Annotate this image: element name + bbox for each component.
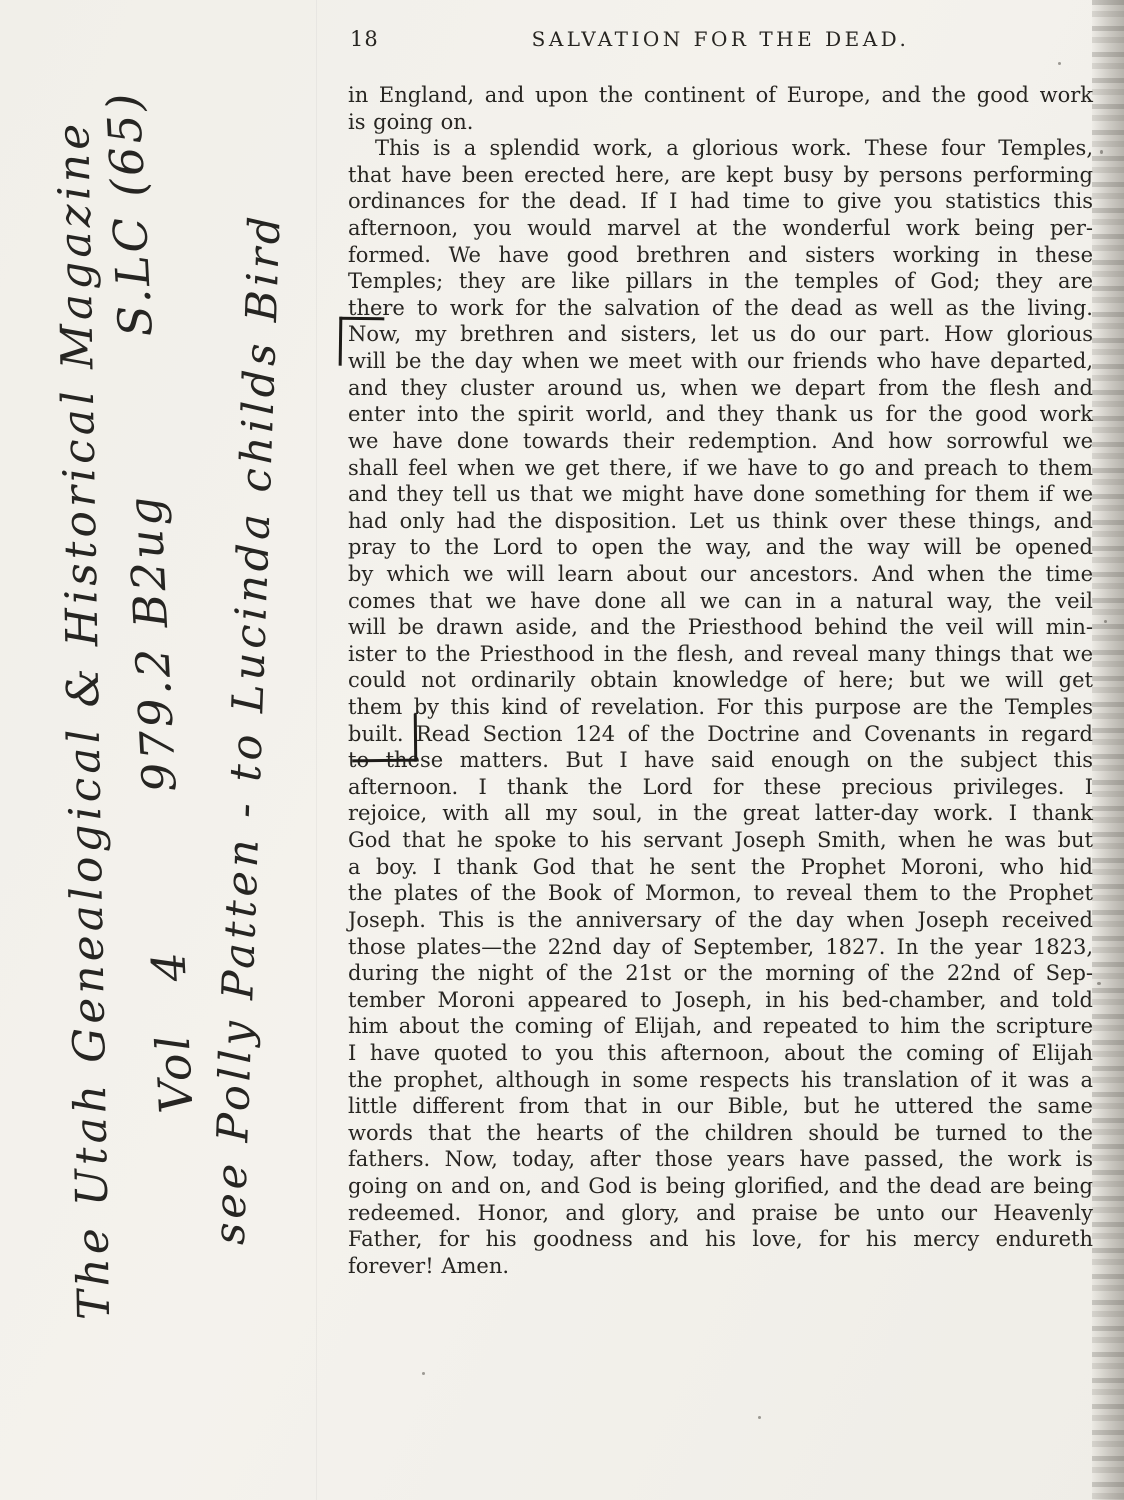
handwritten-open-bracket — [339, 317, 385, 367]
body-line: tember Moroni appeared to Joseph, in his… — [348, 987, 1093, 1014]
body-line: and they cluster around us, when we depa… — [348, 375, 1093, 402]
body-line: them by this kind of revelation. For thi… — [348, 694, 1093, 721]
body-line: in England, and upon the continent of Eu… — [348, 82, 1093, 109]
body-line: the prophet, although in some respects h… — [348, 1067, 1093, 1094]
body-line: little different from that in our Bible,… — [348, 1093, 1093, 1120]
page-crease — [316, 0, 317, 1500]
margin-note-location: S.LC (65) — [96, 89, 163, 338]
body-line: comes that we have done all we can in a … — [348, 588, 1093, 615]
dust-speck — [1104, 620, 1107, 623]
body-line: Father, for his goodness and his love, f… — [348, 1226, 1093, 1253]
running-header-title: SALVATION FOR THE DEAD. — [348, 27, 1093, 51]
body-line: fathers. Now, today, after those years h… — [348, 1146, 1093, 1173]
scan-edge-shadow — [1092, 0, 1124, 1500]
body-line: we have done towards their redemption. A… — [348, 428, 1093, 455]
body-line: enter into the spirit world, and they th… — [348, 401, 1093, 428]
body-line: Now, my brethren and sisters, let us do … — [348, 321, 1093, 348]
body-line: shall feel when we get there, if we have… — [348, 455, 1093, 482]
body-line: going on and on, and God is being glorif… — [348, 1173, 1093, 1200]
body-line: Joseph. This is the anniversary of the d… — [348, 907, 1093, 934]
body-line: rejoice, with all my soul, in the great … — [348, 800, 1093, 827]
scanned-page: 18 SALVATION FOR THE DEAD. in England, a… — [0, 0, 1124, 1500]
body-line: there to work for the salvation of the d… — [348, 295, 1093, 322]
body-line: that have been erected here, are kept bu… — [348, 162, 1093, 189]
dust-speck — [1100, 150, 1103, 154]
body-line: a boy. I thank God that he sent the Prop… — [348, 854, 1093, 881]
body-line: redeemed. Honor, and glory, and praise b… — [348, 1200, 1093, 1227]
body-line: words that the hearts of the children sh… — [348, 1120, 1093, 1147]
body-line: the plates of the Book of Mormon, to rev… — [348, 880, 1093, 907]
body-line: ordinances for the dead. If I had time t… — [348, 188, 1093, 215]
body-line: built. Read Section 124 of the Doctrine … — [348, 721, 1093, 748]
body-line: will be drawn aside, and the Priesthood … — [348, 614, 1093, 641]
body-line: Temples; they are like pillars in the te… — [348, 268, 1093, 295]
body-line: afternoon. I thank the Lord for these pr… — [348, 774, 1093, 801]
body-line: afternoon, you would marvel at the wonde… — [348, 215, 1093, 242]
handwritten-close-bracket — [352, 714, 417, 763]
body-line: pray to the Lord to open the way, and th… — [348, 534, 1093, 561]
body-text: in England, and upon the continent of Eu… — [348, 82, 1093, 1279]
dust-speck — [422, 1372, 425, 1375]
margin-note-call-number: 979.2 B2ug — [117, 493, 187, 794]
body-line: and they tell us that we might have done… — [348, 481, 1093, 508]
dust-speck — [1058, 62, 1061, 65]
body-line: will be the day when we meet with our fr… — [348, 348, 1093, 375]
body-line: God that he spoke to his servant Joseph … — [348, 827, 1093, 854]
dust-speck — [758, 1416, 761, 1419]
body-line: This is a splendid work, a glorious work… — [348, 135, 1093, 162]
margin-note-reference-text: see Polly Patten - to Lucinda childs Bir… — [205, 212, 291, 1246]
body-line: formed. We have good brethren and sister… — [348, 242, 1093, 269]
body-line: during the night of the 21st or the morn… — [348, 960, 1093, 987]
body-line: I have quoted to you this afternoon, abo… — [348, 1040, 1093, 1067]
body-line: those plates—the 22nd day of September, … — [348, 934, 1093, 961]
body-line: forever! Amen. — [348, 1253, 1093, 1280]
margin-note-reference: see Polly Patten - to Lucinda childs Bir… — [190, 254, 305, 1246]
body-line: to these matters. But I have said enough… — [348, 747, 1093, 774]
body-line: had only had the disposition. Let us thi… — [348, 508, 1093, 535]
body-line: is going on. — [348, 109, 1093, 136]
dust-speck — [1097, 982, 1101, 985]
body-line: by which we will learn about our ancesto… — [348, 561, 1093, 588]
body-line: could not ordinarily obtain knowledge of… — [348, 667, 1093, 694]
body-line: ister to the Priesthood in the flesh, an… — [348, 641, 1093, 668]
body-line: him about the coming of Elijah, and repe… — [348, 1013, 1093, 1040]
